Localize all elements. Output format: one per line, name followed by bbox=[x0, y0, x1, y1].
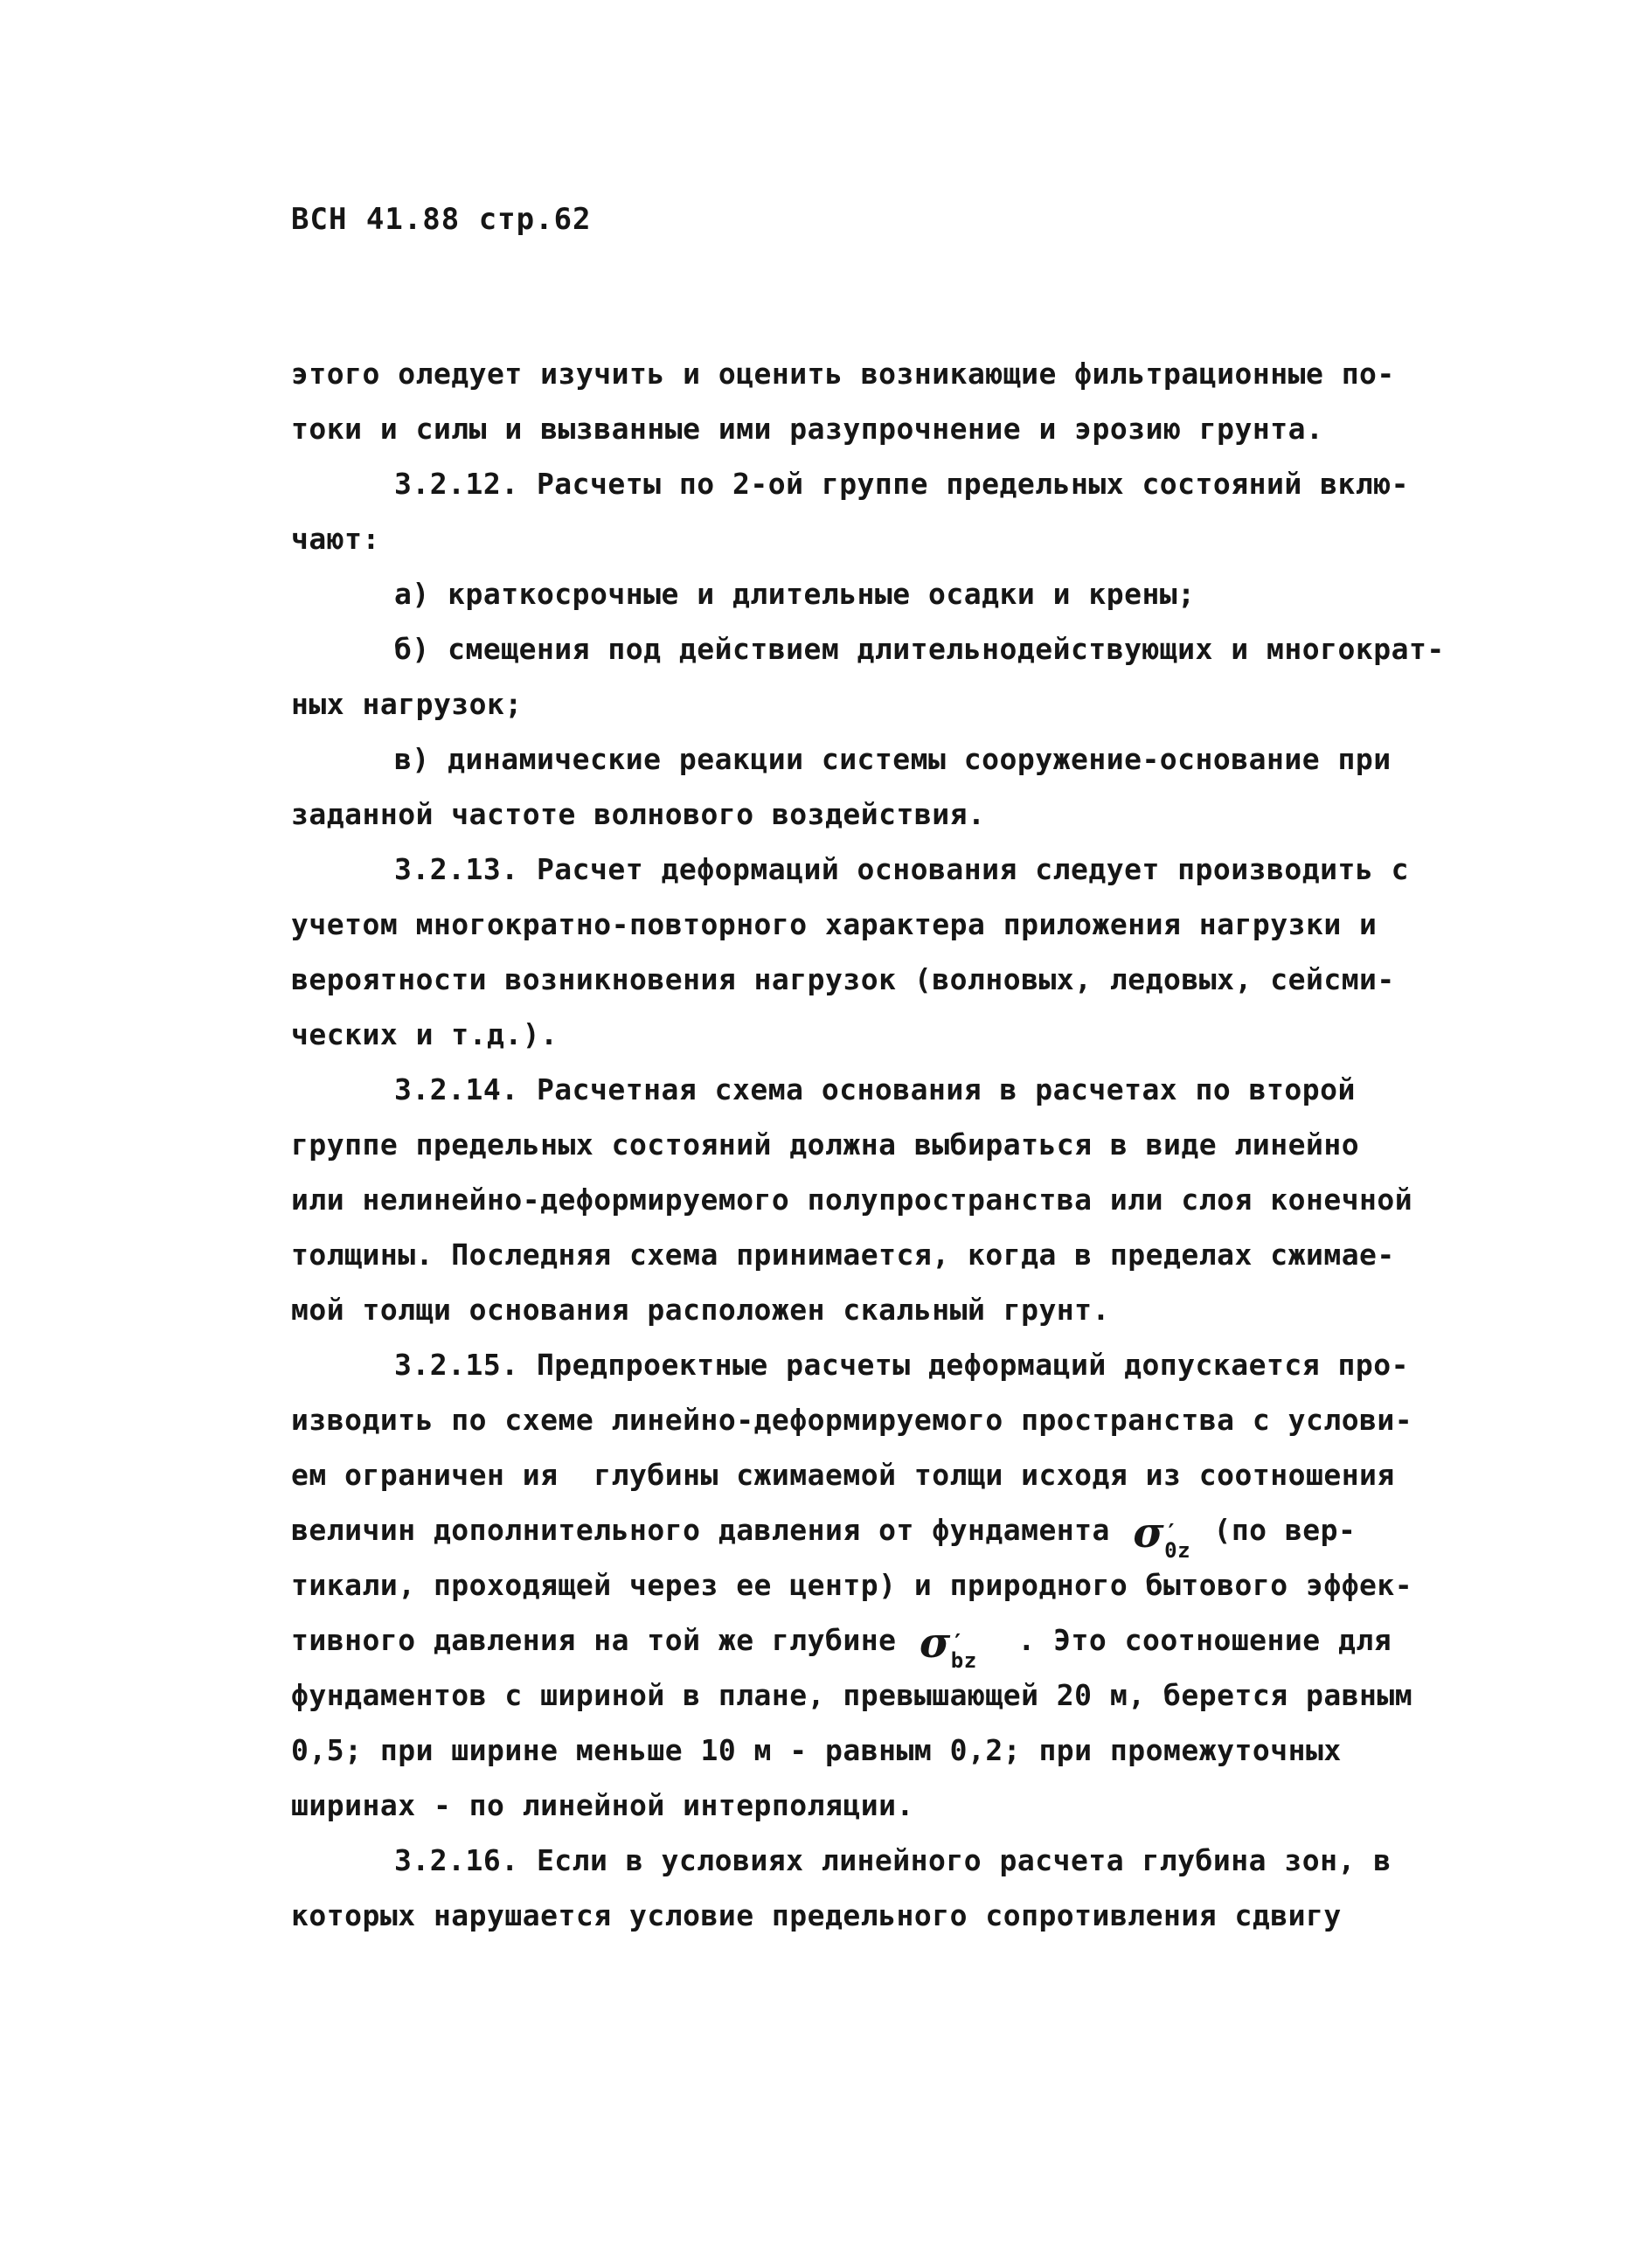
text-run: ческих и т.д.). bbox=[291, 1017, 559, 1051]
sigma-scripts: ′0z bbox=[1164, 1524, 1190, 1561]
text-line: вероятности возникновения нагрузок (волн… bbox=[291, 952, 1401, 1007]
text-run: этого оледует изучить и оценить возникаю… bbox=[291, 357, 1395, 391]
text-line: токи и силы и вызванные ими разупрочнени… bbox=[291, 401, 1401, 456]
sigma-glyph: σ bbox=[920, 1630, 951, 1656]
text-run: . Это соотношение для bbox=[982, 1623, 1392, 1657]
text-line: этого оледует изучить и оценить возникаю… bbox=[291, 346, 1401, 401]
text-run: которых нарушается условие предельного с… bbox=[291, 1898, 1342, 1932]
text-run: изводить по схеме линейно-деформируемого… bbox=[291, 1403, 1412, 1437]
text-line: учетом многократно-повторного характера … bbox=[291, 897, 1401, 952]
text-run: 3.2.16. Если в условиях линейного расчет… bbox=[394, 1843, 1392, 1877]
text-run: вероятности возникновения нагрузок (волн… bbox=[291, 962, 1395, 996]
text-run: мой толщи основания расположен скальный … bbox=[291, 1293, 1110, 1327]
text-run: 3.2.13. Расчет деформаций основания след… bbox=[394, 852, 1409, 886]
text-line: фундаментов с шириной в плане, превышающ… bbox=[291, 1668, 1401, 1723]
text-run: величин дополнительного давления от фунд… bbox=[291, 1513, 1128, 1547]
text-line: ческих и т.д.). bbox=[291, 1007, 1401, 1062]
text-line: изводить по схеме линейно-деформируемого… bbox=[291, 1392, 1401, 1447]
text-line: 3.2.13. Расчет деформаций основания след… bbox=[291, 842, 1401, 897]
text-line: б) смещения под действием длительнодейст… bbox=[291, 621, 1401, 676]
text-line: 3.2.15. Предпроектные расчеты деформаций… bbox=[291, 1337, 1401, 1392]
text-run: в) динамические реакции системы сооружен… bbox=[394, 742, 1392, 776]
text-run: 3.2.15. Предпроектные расчеты деформаций… bbox=[394, 1348, 1409, 1382]
text-line: ных нагрузок; bbox=[291, 676, 1401, 732]
text-run: ных нагрузок; bbox=[291, 687, 523, 721]
document-page: ВСН 41.88 стр.62 этого оледует изучить и… bbox=[0, 0, 1638, 2268]
text-line: толщины. Последняя схема принимается, ко… bbox=[291, 1227, 1401, 1282]
text-line: 0,5; при ширине меньше 10 м - равным 0,2… bbox=[291, 1723, 1401, 1778]
text-line: в) динамические реакции системы сооружен… bbox=[291, 732, 1401, 787]
text-line: ем ограничен ия глубины сжимаемой толщи … bbox=[291, 1447, 1401, 1502]
text-run: тивного давления на той же глубине bbox=[291, 1623, 914, 1657]
text-line: мой толщи основания расположен скальный … bbox=[291, 1282, 1401, 1337]
sigma-symbol: σ′bz bbox=[920, 1618, 977, 1673]
text-run: тикали, проходящей через ее центр) и при… bbox=[291, 1568, 1412, 1602]
text-line: заданной частоте волнового воздействия. bbox=[291, 787, 1401, 842]
text-run: толщины. Последняя схема принимается, ко… bbox=[291, 1238, 1395, 1272]
text-run: (по вер- bbox=[1196, 1513, 1356, 1547]
text-run: 0,5; при ширине меньше 10 м - равным 0,2… bbox=[291, 1733, 1342, 1767]
text-line: группе предельных состояний должна выбир… bbox=[291, 1117, 1401, 1172]
text-line: тикали, проходящей через ее центр) и при… bbox=[291, 1557, 1401, 1613]
sigma-glyph: σ bbox=[1133, 1520, 1164, 1546]
text-line: 3.2.14. Расчетная схема основания в расч… bbox=[291, 1062, 1401, 1117]
sigma-scripts: ′bz bbox=[951, 1634, 977, 1671]
sigma-symbol: σ′0z bbox=[1133, 1508, 1190, 1563]
text-run: ширинах - по линейной интерполяции. bbox=[291, 1788, 914, 1822]
text-line: тивного давления на той же глубине σ′bz … bbox=[291, 1613, 1401, 1668]
text-run: ем ограничен ия глубины сжимаемой толщи … bbox=[291, 1458, 1395, 1492]
text-line: которых нарушается условие предельного с… bbox=[291, 1888, 1401, 1943]
text-run: группе предельных состояний должна выбир… bbox=[291, 1127, 1359, 1162]
text-run: 3.2.12. Расчеты по 2-ой группе предельны… bbox=[394, 467, 1409, 501]
text-run: 3.2.14. Расчетная схема основания в расч… bbox=[394, 1072, 1356, 1106]
document-body: этого оледует изучить и оценить возникаю… bbox=[291, 346, 1401, 1943]
text-line: 3.2.12. Расчеты по 2-ой группе предельны… bbox=[291, 456, 1401, 511]
text-line: 3.2.16. Если в условиях линейного расчет… bbox=[291, 1833, 1401, 1888]
text-run: или нелинейно-деформируемого полупростра… bbox=[291, 1183, 1412, 1217]
text-run: фундаментов с шириной в плане, превышающ… bbox=[291, 1678, 1412, 1712]
page-header: ВСН 41.88 стр.62 bbox=[291, 202, 592, 237]
text-run: б) смещения под действием длительнодейст… bbox=[394, 632, 1445, 666]
text-run: токи и силы и вызванные ими разупрочнени… bbox=[291, 412, 1323, 446]
text-run: а) краткосрочные и длительные осадки и к… bbox=[394, 577, 1196, 611]
text-line: ширинах - по линейной интерполяции. bbox=[291, 1778, 1401, 1833]
text-line: величин дополнительного давления от фунд… bbox=[291, 1502, 1401, 1557]
text-line: или нелинейно-деформируемого полупростра… bbox=[291, 1172, 1401, 1227]
text-line: чают: bbox=[291, 511, 1401, 566]
text-run: учетом многократно-повторного характера … bbox=[291, 907, 1377, 941]
text-line: а) краткосрочные и длительные осадки и к… bbox=[291, 566, 1401, 621]
text-run: чают: bbox=[291, 522, 380, 556]
text-run: заданной частоте волнового воздействия. bbox=[291, 797, 985, 831]
